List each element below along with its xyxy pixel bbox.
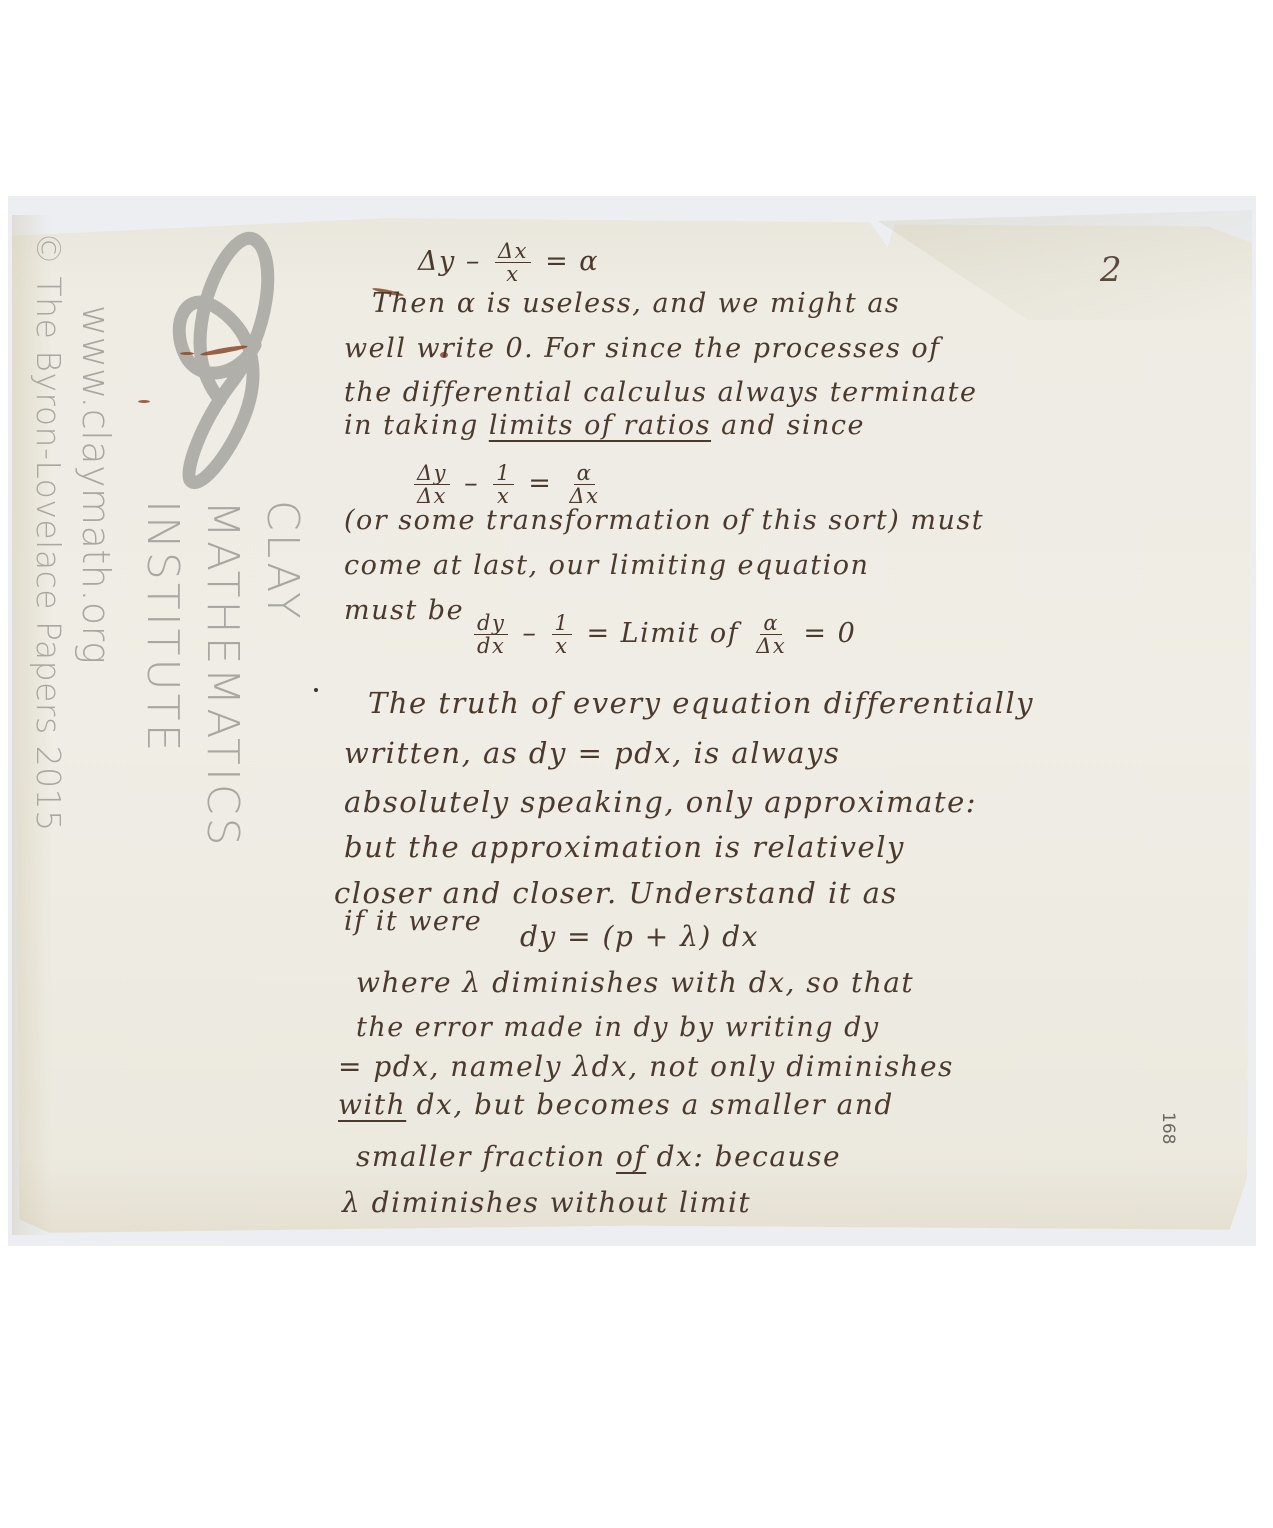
text-segment: dx: because: [646, 1140, 841, 1173]
eq3-frac3-num: α: [760, 612, 782, 635]
equation-1: Δy – Δx x = α: [418, 240, 599, 285]
text-line: come at last, our limiting equation: [344, 550, 869, 581]
eq3-frac2-den: x: [552, 635, 571, 657]
eq3-frac2-num: 1: [552, 612, 573, 635]
watermark-copyright: © The Byron-Lovelace Papers 2015: [29, 232, 68, 832]
eq3-minus: –: [522, 618, 547, 649]
eq1-minus: –: [466, 246, 491, 277]
eq3-frac1-num: dy: [474, 612, 508, 635]
eq2-frac2-den: x: [494, 485, 513, 507]
eq1-rhs: α: [579, 246, 599, 277]
text-line: closer and closer. Understand it as: [334, 876, 898, 910]
eq1-equals: =: [545, 246, 579, 277]
text-line: must be: [344, 595, 464, 626]
page-number: 2: [1100, 250, 1122, 290]
folio-number: 168: [1158, 1112, 1178, 1144]
eq2-frac2: 1x: [493, 462, 514, 507]
text-line: absolutely speaking, only approximate:: [344, 785, 977, 819]
equation-4: dy = (p + λ) dx: [520, 920, 759, 953]
equation-2: ΔyΔx – 1x = αΔx: [410, 462, 606, 507]
text-line: Then α is useless, and we might as: [372, 288, 900, 319]
eq3-frac2: 1x: [552, 612, 573, 657]
eq2-frac1-den: Δx: [414, 485, 450, 507]
underlined-phrase: limits of ratios: [489, 410, 711, 441]
eq3-limit-text: = Limit of: [586, 618, 739, 649]
red-ink-mark: [180, 352, 194, 355]
eq1-fraction: Δx x: [495, 240, 531, 285]
text-segment: dx, but becomes a smaller and: [406, 1088, 894, 1121]
eq2-frac2-num: 1: [493, 462, 514, 485]
text-line: if it were: [344, 906, 482, 937]
underlined-word: of: [616, 1140, 646, 1173]
eq1-denominator: x: [503, 263, 522, 285]
eq2-frac1-num: Δy: [414, 462, 450, 485]
watermark-org-line2: MATHEMATICS: [197, 500, 248, 849]
text-segment: smaller fraction: [356, 1140, 616, 1173]
text-segment: and since: [711, 410, 865, 441]
underlined-word: with: [338, 1088, 406, 1121]
text-line: (or some transformation of this sort) mu…: [344, 505, 984, 536]
text-line: = pdx, namely λdx, not only diminishes: [338, 1050, 954, 1083]
text-segment: in taking: [344, 410, 489, 441]
text-line: but the approximation is relatively: [344, 830, 905, 864]
eq2-minus: –: [464, 468, 489, 499]
text-line: where λ diminishes with dx, so that: [356, 966, 914, 999]
text-line: The truth of every equation differential…: [368, 686, 1034, 720]
text-line: with dx, but becomes a smaller and: [338, 1088, 894, 1121]
equation-3: dydx – 1x = Limit of αΔx = 0: [470, 612, 856, 657]
red-ink-mark: [138, 400, 150, 403]
eq2-frac3-num: α: [574, 462, 596, 485]
text-line: the differential calculus always termina…: [344, 377, 978, 408]
watermark-url: www.claymath.org: [74, 305, 118, 664]
knot-logo-icon: [160, 225, 280, 495]
ink-dot: [314, 688, 318, 692]
eq2-frac3-den: Δx: [566, 485, 602, 507]
text-line: in taking limits of ratios and since: [344, 410, 865, 441]
watermark-org-line1: CLAY: [257, 500, 308, 622]
eq3-frac1-den: dx: [474, 635, 508, 657]
eq3-frac1: dydx: [474, 612, 508, 657]
eq2-equals: =: [528, 468, 562, 499]
eq1-lhs: Δy: [418, 246, 456, 277]
text-line: well write 0. For since the processes of: [344, 333, 941, 364]
eq2-frac1: ΔyΔx: [414, 462, 450, 507]
eq3-frac3: αΔx: [753, 612, 789, 657]
watermark-org-line3: INSTITUTE: [137, 500, 188, 754]
eq1-numerator: Δx: [495, 240, 531, 263]
text-line: written, as dy = pdx, is always: [344, 736, 840, 770]
eq2-frac3: αΔx: [566, 462, 602, 507]
eq3-rhs: = 0: [803, 618, 856, 649]
text-line: smaller fraction of dx: because: [356, 1140, 841, 1173]
text-line: the error made in dy by writing dy: [356, 1012, 880, 1043]
eq3-frac3-den: Δx: [753, 635, 789, 657]
text-line: λ diminishes without limit: [342, 1186, 751, 1219]
